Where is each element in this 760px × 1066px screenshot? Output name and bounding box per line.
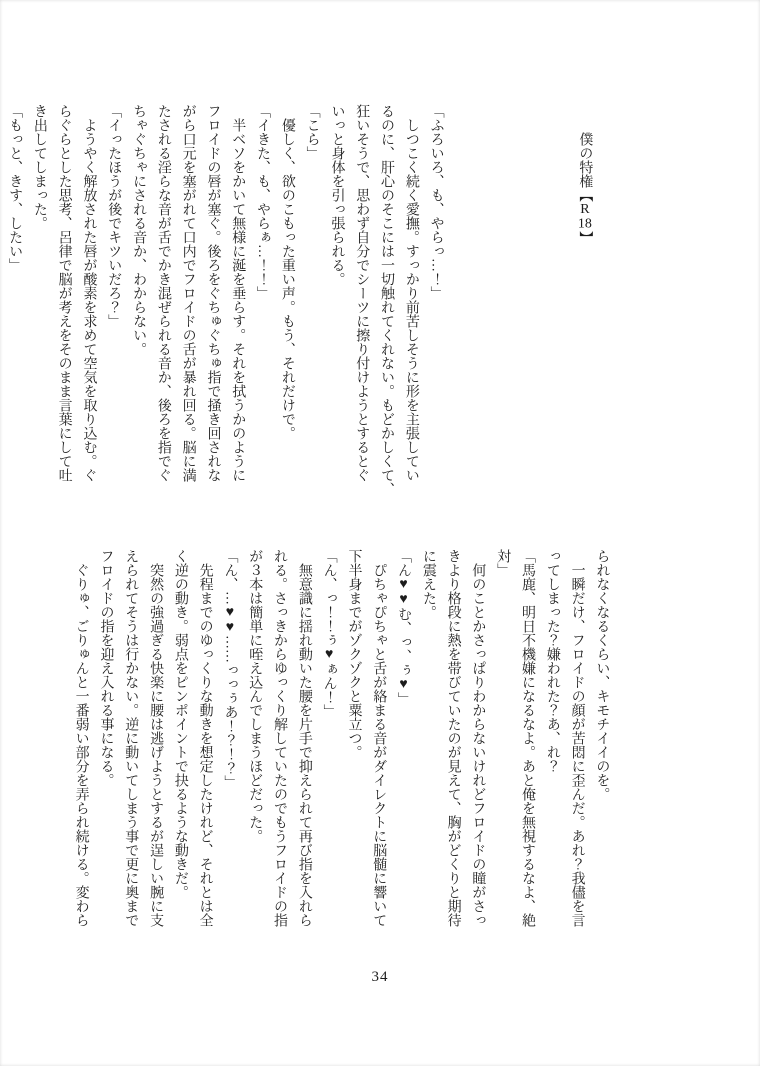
text-line: 狂いそうで、思わず自分でシーツに擦り付けようとするとぐ xyxy=(348,104,373,519)
scanned-novel-page: 僕の特権【R18】 「ふろいろ、も、やらっ…！」 しつこく続く愛撫。すっかり前苦… xyxy=(0,0,760,1066)
text-line: き出してしまった。 xyxy=(26,104,51,519)
text-line: ぐりゅ、ごりゅんと一番弱い部分を弄られ続ける。変わら xyxy=(68,549,93,964)
text-line: れる。さっきからゆっくり解していたのでもうフロイドの指 xyxy=(266,549,291,964)
text-line: ぴちゃぴちゃと舌が絡まる音がダイレクトに脳髄に響いて xyxy=(365,549,390,964)
text-line: きより格段に熱を帯びていたのが見えて、胸がどくりと期待 xyxy=(440,549,465,964)
text-line: 「ん♥♥む、っ、ぅ♥」 xyxy=(390,549,415,964)
text-line: フロイドの指を迎え入れる事になる。 xyxy=(93,549,118,964)
text-line: 「こら」 xyxy=(299,104,324,519)
text-line: 「ん、っ！！ぅ♥ぁん！」 xyxy=(316,549,341,964)
text-line: 対」 xyxy=(489,549,514,964)
text-line: が３本は簡単に咥え込んでしまうほどだった。 xyxy=(241,549,266,964)
doc-title-prefix: 僕の特権【 xyxy=(577,132,592,202)
text-line: 下半身までがゾクゾクと粟立つ。 xyxy=(341,549,366,964)
text-line: 「イったほうが後でキツいだろ？」 xyxy=(100,104,125,519)
text-line: 「ふろいろ、も、やらっ…！」 xyxy=(423,104,448,519)
doc-title-rating-letter: R xyxy=(577,202,592,217)
text-line: るのに、肝心のそこには一切触れてくれない。もどかしくて、 xyxy=(373,104,398,519)
text-line: られなくなるくらい、キモチイイのを。 xyxy=(589,549,614,964)
text-line: がら口元を塞がれて口内でフロイドの舌が暴れ回る。脳に満 xyxy=(175,104,200,519)
text-line: 先程までのゆっくりな動きを想定したけれど、それとは全 xyxy=(192,549,217,964)
text-line: く逆の動き。弱点をピンポイントで抉るような動きだ。 xyxy=(167,549,192,964)
text-line: ちゃぐちゃにされる音か、わからない。 xyxy=(125,104,150,519)
text-line: 「馬鹿、明日不機嫌になるなよ。あと俺を無視するなよ、絶 xyxy=(514,549,539,964)
text-block-top: 僕の特権【R18】 「ふろいろ、も、やらっ…！」 しつこく続く愛撫。すっかり前苦… xyxy=(0,104,646,519)
text-line: いっと身体を引っ張られる。 xyxy=(324,104,349,519)
text-line: 半ベソをかいて無様に涎を垂らす。それを拭うかのように xyxy=(224,104,249,519)
text-line: 一瞬だけ、フロイドの顔が苦悶に歪んだ。あれ？我儘を言 xyxy=(564,549,589,964)
text-line: 優しく、欲のこもった重い声。もう、それだけで。 xyxy=(274,104,299,519)
text-line: 突然の強過ぎる快楽に腰は逃げようとするが逞しい腕に支 xyxy=(142,549,167,964)
text-line: 無意識に揺れ動いた腰を片手で抑えられて再び指を入れら xyxy=(291,549,316,964)
text-line: ようやく解放された唇が酸素を求めて空気を取り込む。ぐ xyxy=(76,104,101,519)
text-line: 「もっと、きす、したい」 xyxy=(1,104,26,519)
text-line: 「ん、…♥♥……っっぅあ！？！？」 xyxy=(217,549,242,964)
doc-title-suffix: 】 xyxy=(577,231,592,245)
text-line: に震えた。 xyxy=(415,549,440,964)
text-line: たされる淫らな音が舌でかき混ぜられる音か、後ろを指でぐ xyxy=(150,104,175,519)
text-line: しつこく続く愛撫。すっかり前苦しそうに形を主張してい xyxy=(398,104,423,519)
text-line: フロイドの唇が塞ぐ。後ろをぐちゅぐちゅ指で掻き回されな xyxy=(200,104,225,519)
text-line: ってしまった？嫌われた？あ、れ？ xyxy=(539,549,564,964)
text-line: らぐらとした思考、呂律で脳が考えをそのまま言葉にして吐 xyxy=(51,104,76,519)
doc-title: 僕の特権【R18】 xyxy=(572,104,597,519)
text-block-bottom: られなくなるくらい、キモチイイのを。 一瞬だけ、フロイドの顔が苦悶に歪んだ。あれ… xyxy=(18,549,663,964)
page-number: 34 xyxy=(0,969,760,986)
text-line: えられてそうは行かない。逆に動いてしまう事で更に奥まで xyxy=(117,549,142,964)
doc-title-rating-number: 18 xyxy=(577,217,592,231)
spacer-line xyxy=(497,104,522,519)
text-line: 何のことかさっぱりわからないけれどフロイドの瞳がさっ xyxy=(465,549,490,964)
text-line: 「イきた、も、やらぁ…！！」 xyxy=(249,104,274,519)
